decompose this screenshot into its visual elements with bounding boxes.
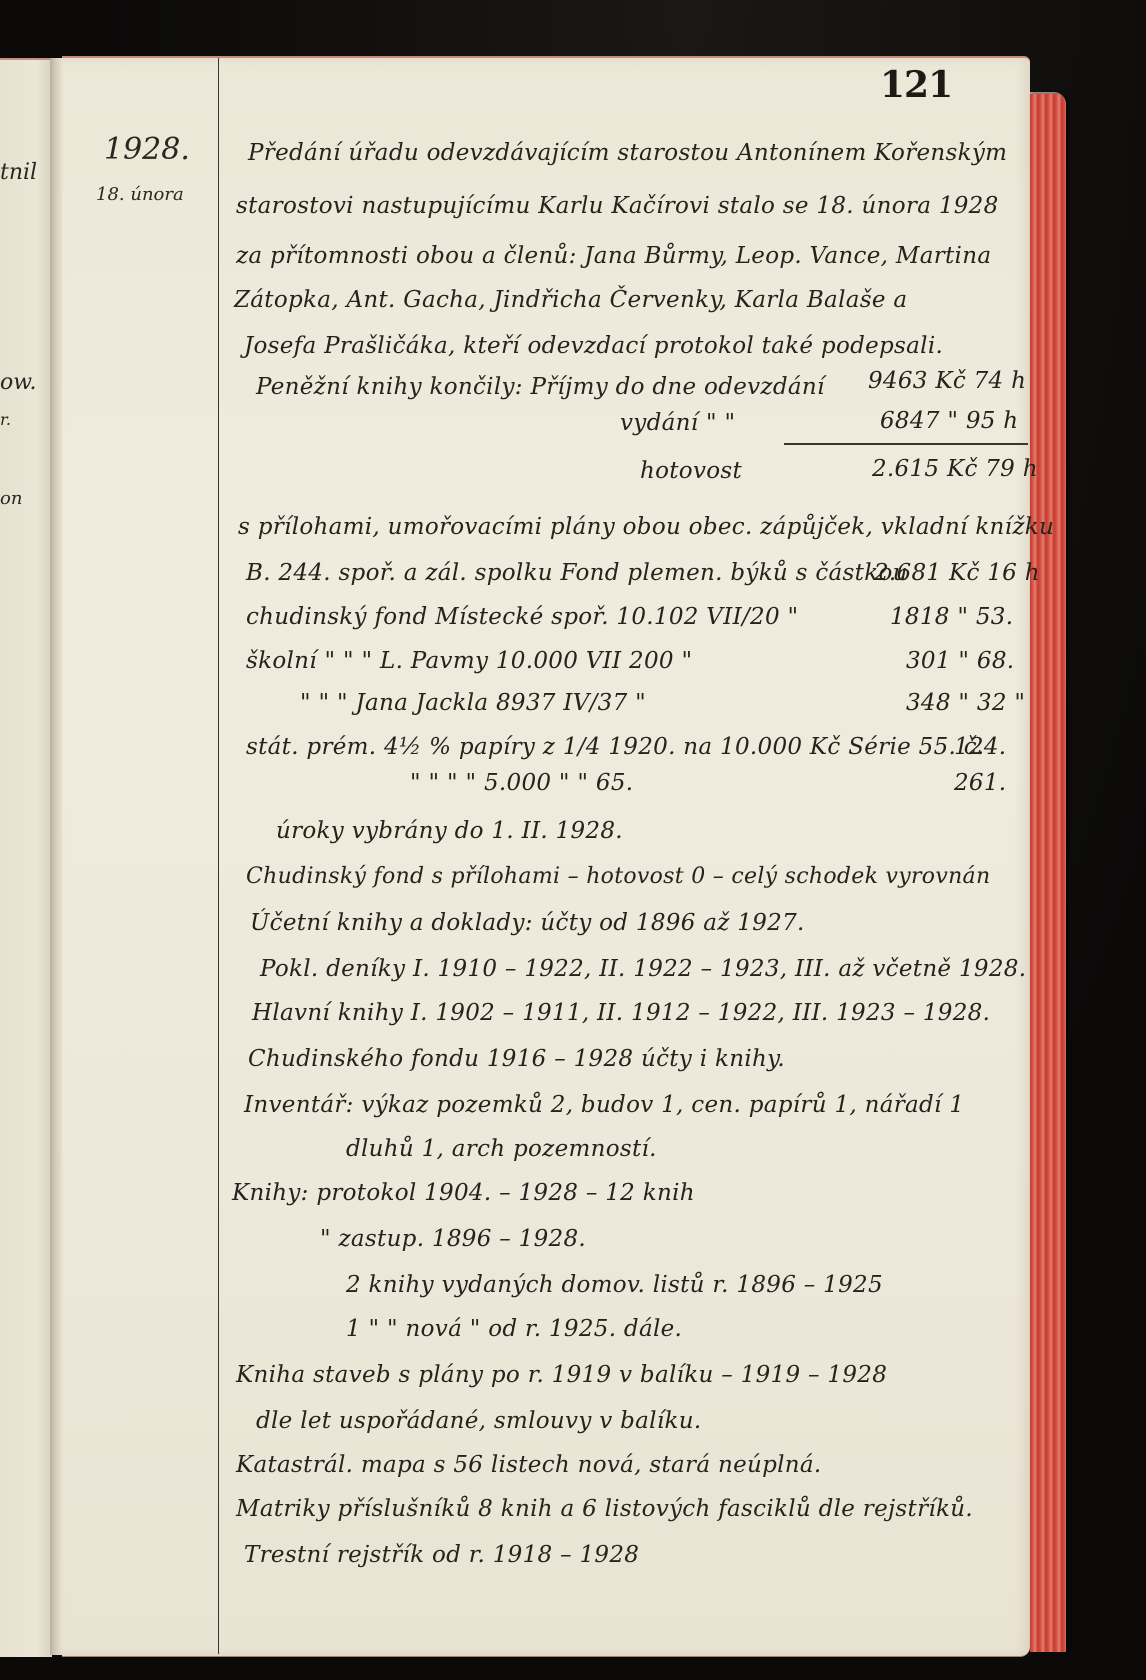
row-amount: 1818 " 53. [890, 604, 1013, 630]
text-line: starostovi nastupujícímu Karlu Kačírovi … [236, 193, 999, 219]
row-amount: 2.681 Kč 16 h [874, 560, 1040, 586]
text-line: Kniha staveb s plány po r. 1919 v balíku… [236, 1362, 887, 1388]
row-amount: 261. [954, 770, 1006, 796]
row-amount: 9463 Kč 74 h [868, 368, 1026, 394]
text-line: Účetní knihy a doklady: účty od 1896 až … [250, 910, 805, 936]
ledger-row: chudinský fond Místecké spoř. 10.102 VII… [246, 604, 1036, 630]
text-line: Knihy: protokol 1904. – 1928 – 12 knih [232, 1180, 695, 1206]
text-line: Pokl. deníky I. 1910 – 1922, II. 1922 – … [260, 956, 1026, 982]
ledger-row-cash-total: hotovost 2.615 Kč 79 h [640, 458, 1030, 484]
ledger-row: " " " " 5.000 " " 65. 261. [410, 770, 1036, 796]
text-line: 1 " " nová " od r. 1925. dále. [346, 1316, 682, 1342]
text-line: úroky vybrány do 1. II. 1928. [276, 818, 623, 844]
ledger-row-receipts: Peněžní knihy končily: Příjmy do dne ode… [256, 374, 1036, 400]
text-line: Hlavní knihy I. 1902 – 1911, II. 1912 – … [252, 1000, 990, 1026]
row-amount: 301 " 68. [906, 648, 1014, 674]
text-line: za přítomnosti obou a členů: Jana Bůrmy,… [236, 243, 991, 269]
row-label: " " " " 5.000 " " 65. [410, 770, 633, 796]
row-label: školní " " " L. Pavmy 10.000 VII 200 " [246, 648, 692, 674]
row-label: vydání " " [620, 410, 735, 436]
ledger-row: školní " " " L. Pavmy 10.000 VII 200 " 3… [246, 648, 1036, 674]
row-label: hotovost [640, 458, 742, 484]
row-label: chudinský fond Místecké spoř. 10.102 VII… [246, 604, 798, 630]
text-line: Matriky příslušníků 8 knih a 6 listových… [236, 1496, 973, 1522]
text-line: Zátopka, Ant. Gacha, Jindřicha Červenky,… [234, 287, 907, 313]
row-label: " " " Jana Jackla 8937 IV/37 " [300, 690, 646, 716]
text-line: dle let uspořádané, smlouvy v balíku. [256, 1408, 701, 1434]
row-amount: 124. [954, 734, 1006, 760]
text-line: " zastup. 1896 – 1928. [320, 1226, 586, 1252]
row-amount: 348 " 32 " [906, 690, 1025, 716]
text-line: Katastrál. mapa s 56 listech nová, stará… [236, 1452, 822, 1478]
row-label: B. 244. spoř. a zál. spolku Fond plemen.… [246, 560, 908, 586]
text-line: Inventář: výkaz pozemků 2, budov 1, cen.… [244, 1092, 964, 1118]
text-line: Trestní rejstřík od r. 1918 – 1928 [244, 1542, 639, 1568]
ledger-row: " " " Jana Jackla 8937 IV/37 " 348 " 32 … [300, 690, 1036, 716]
ledger-body: Předání úřadu odevzdávajícím starostou A… [0, 0, 1146, 1680]
text-line: Chudinský fond s přílohami – hotovost 0 … [246, 864, 990, 889]
ledger-row: B. 244. spoř. a zál. spolku Fond plemen.… [246, 560, 1036, 586]
text-line: Chudinského fondu 1916 – 1928 účty i kni… [248, 1046, 785, 1072]
text-line: Předání úřadu odevzdávajícím starostou A… [248, 140, 1007, 166]
row-amount: 6847 " 95 h [880, 408, 1018, 434]
row-amount: 2.615 Kč 79 h [872, 456, 1038, 482]
sum-underline [784, 443, 1028, 445]
row-label: stát. prém. 4½ % papíry z 1/4 1920. na 1… [246, 734, 985, 760]
row-label: Peněžní knihy končily: Příjmy do dne ode… [256, 374, 825, 400]
ledger-row: stát. prém. 4½ % papíry z 1/4 1920. na 1… [246, 734, 1036, 760]
text-line: s přílohami, umořovacími plány obou obec… [238, 514, 1054, 540]
ledger-row-expenses: vydání " " 6847 " 95 h [620, 410, 1030, 436]
text-line: 2 knihy vydaných domov. listů r. 1896 – … [346, 1272, 883, 1298]
text-line: Josefa Prašličáka, kteří odevzdací proto… [244, 333, 943, 359]
text-line: dluhů 1, arch pozemností. [346, 1136, 657, 1162]
